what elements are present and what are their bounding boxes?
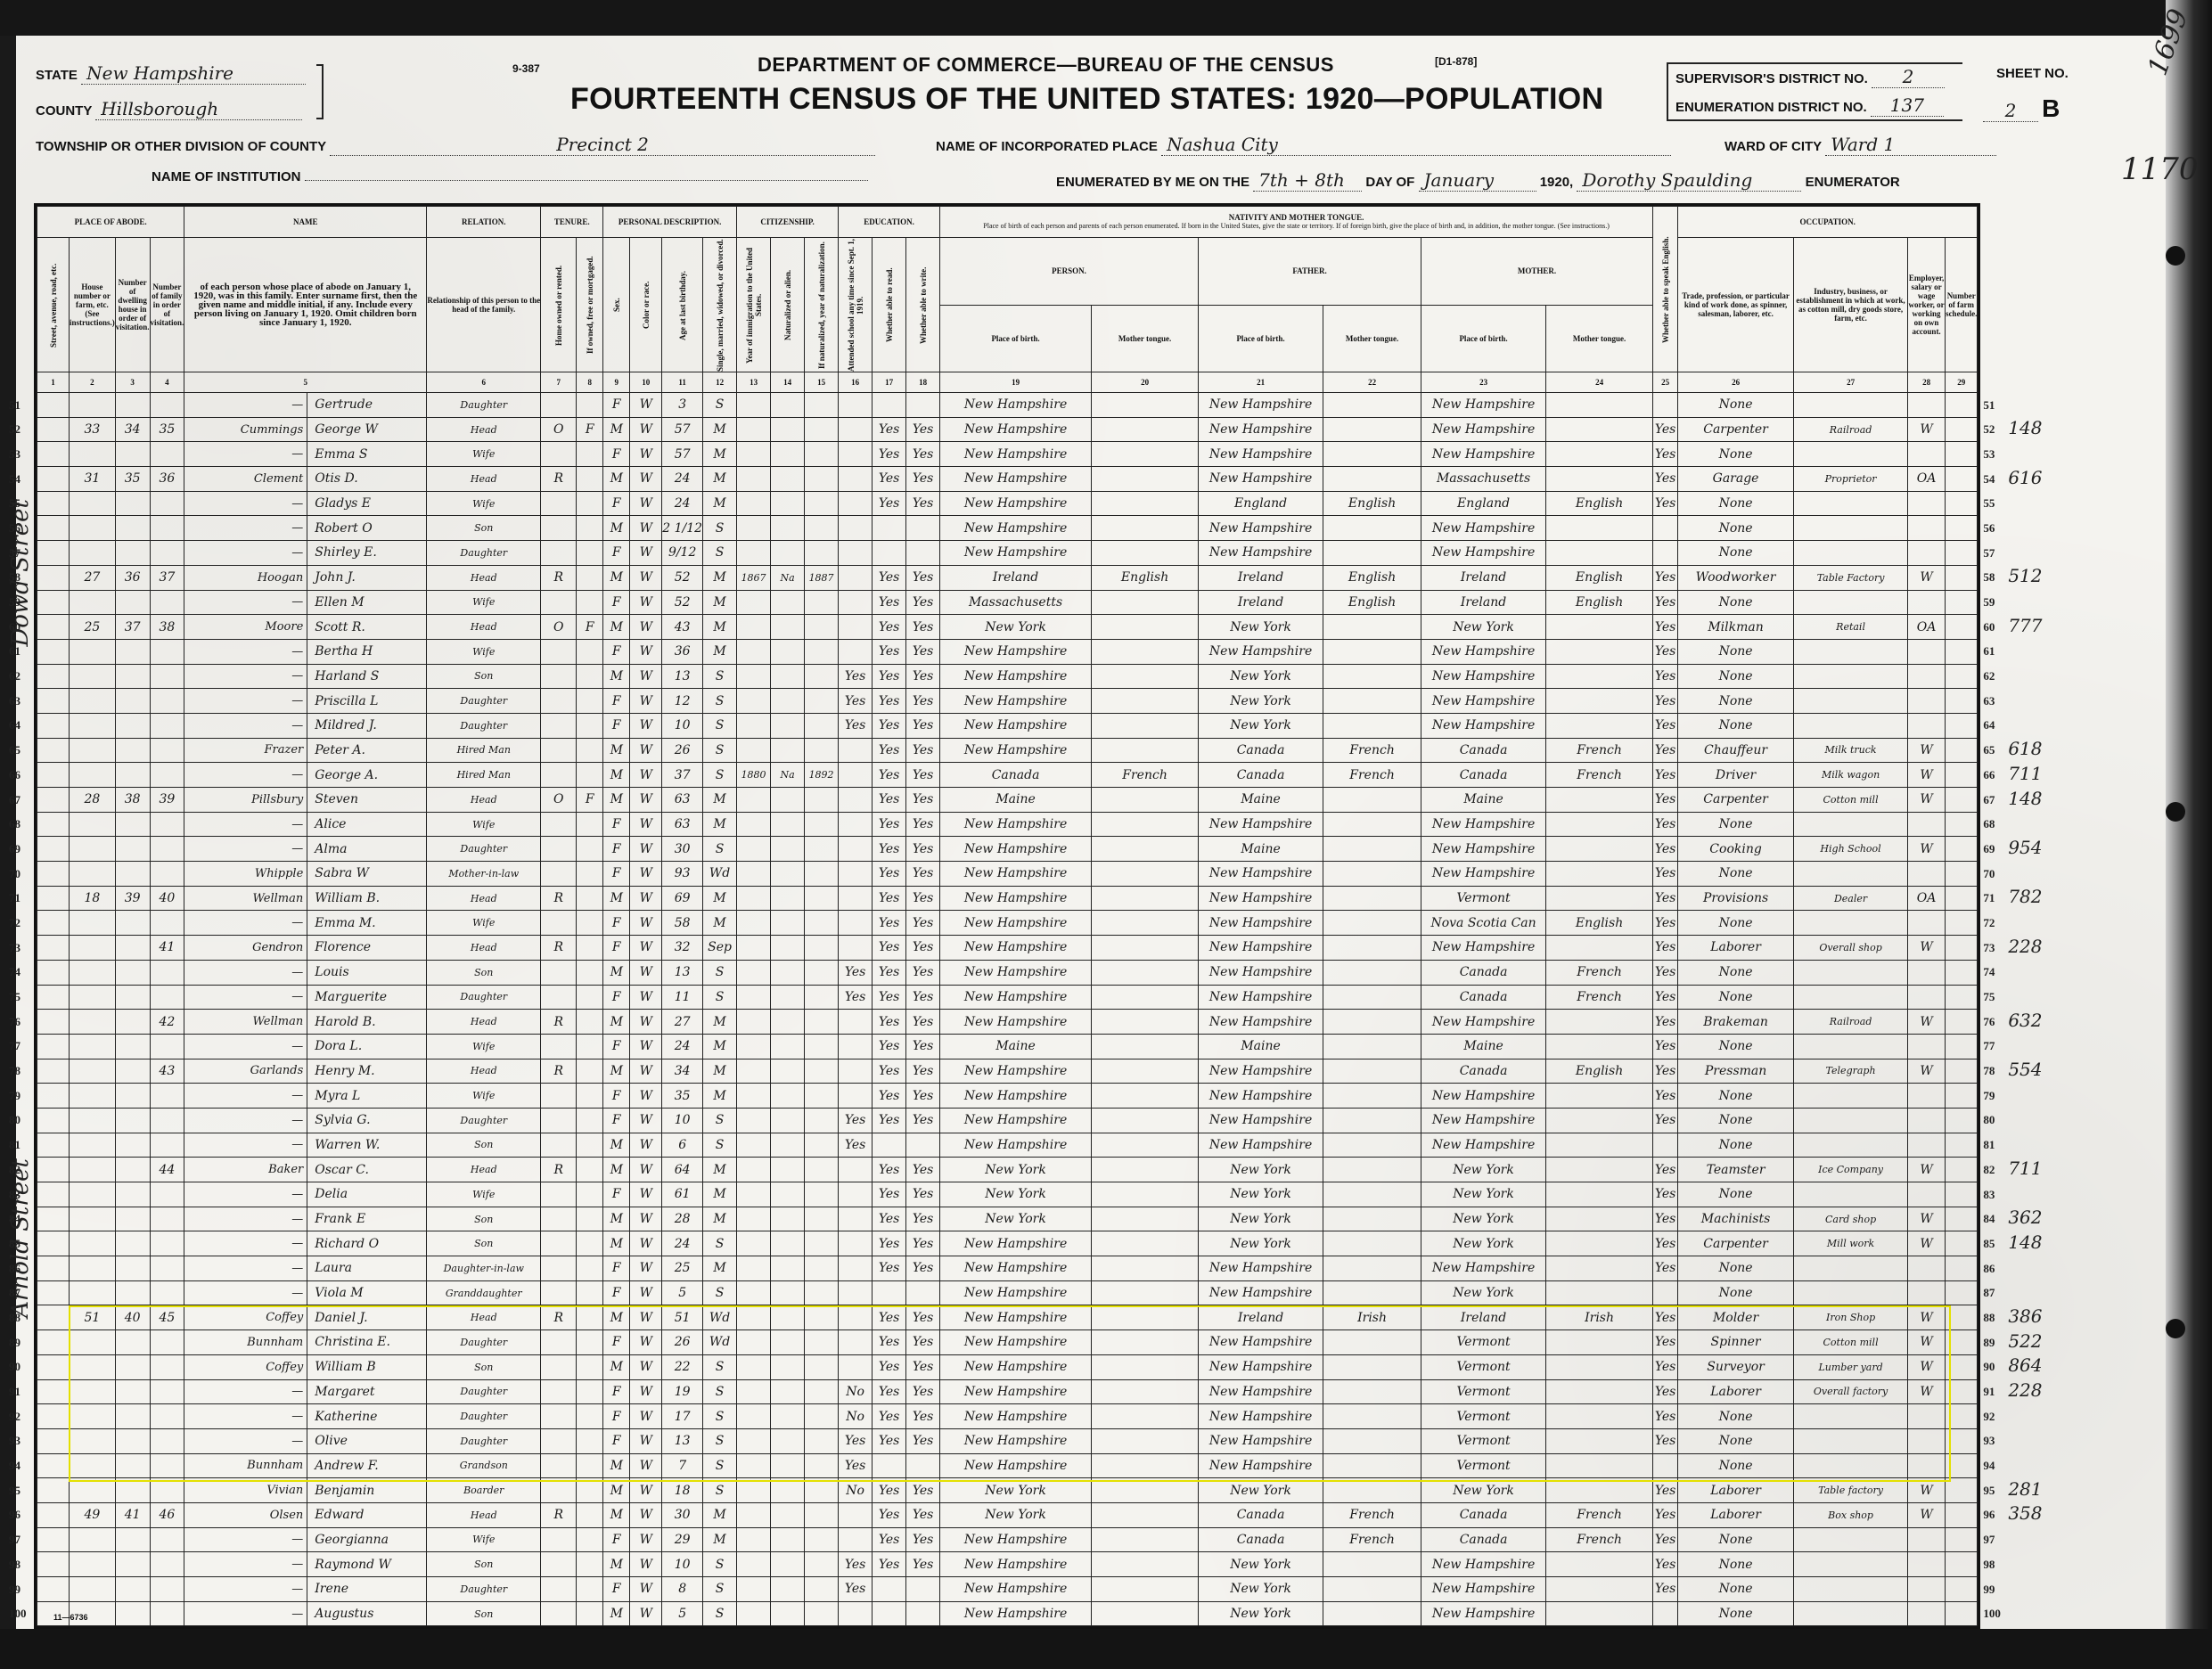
- line-number: 71: [1983, 891, 1995, 905]
- cell-immig: [737, 442, 771, 467]
- cell-marital: M: [703, 812, 737, 837]
- cell-own: R: [541, 1010, 577, 1035]
- cell-surname: —: [184, 1280, 307, 1305]
- cell-immig: [737, 1059, 771, 1084]
- cell-own: [541, 1084, 577, 1109]
- cell-rel: Boarder: [427, 1478, 541, 1503]
- cell-rel: Head: [427, 1059, 541, 1084]
- cell-school: [839, 738, 873, 763]
- cell-marital: S: [703, 1280, 737, 1305]
- cell-given: Dora L.: [307, 1034, 427, 1059]
- cell-tongue: [1092, 590, 1199, 615]
- cell-dwell: [115, 1601, 150, 1626]
- census-row: —Emma SWifeFW57MYesYesNew HampshireNew H…: [37, 442, 1978, 467]
- cell-age: 25: [662, 1256, 703, 1281]
- cell-ftongue: [1323, 1256, 1421, 1281]
- sheet-reference-number: 632: [2008, 1010, 2042, 1031]
- cell-own: [541, 1182, 577, 1207]
- cell-fam: [150, 1527, 184, 1552]
- cell-race: W: [630, 1231, 662, 1256]
- cell-industry: Cotton mill: [1794, 1330, 1908, 1355]
- cell-fpob: New Hampshire: [1199, 960, 1323, 985]
- cell-class: [1908, 1280, 1946, 1305]
- cell-class: [1908, 442, 1946, 467]
- cell-nat: [771, 738, 805, 763]
- line-number: 70: [1983, 867, 1995, 881]
- cell-school: [839, 788, 873, 813]
- cell-age: 17: [662, 1404, 703, 1429]
- cell-trade: None: [1678, 1133, 1794, 1158]
- col-6-header: Relationship of this person to the head …: [427, 238, 541, 372]
- cell-trade: None: [1678, 985, 1794, 1010]
- cell-pob: New Hampshire: [940, 393, 1092, 418]
- cell-tongue: [1092, 1354, 1199, 1379]
- line-number: 79: [1983, 1089, 1995, 1103]
- cell-tongue: [1092, 1256, 1199, 1281]
- cell-natyr: [805, 1182, 839, 1207]
- cell-school: [839, 467, 873, 492]
- cell-mort: [577, 1231, 603, 1256]
- cell-read: [873, 1577, 906, 1602]
- cell-fpob: New Hampshire: [1199, 911, 1323, 936]
- line-number: 75: [1983, 990, 1995, 1004]
- cell-trade: None: [1678, 516, 1794, 541]
- cell-street: [37, 985, 70, 1010]
- cell-fam: [150, 1354, 184, 1379]
- line-number: 100: [1983, 1607, 2001, 1621]
- cell-mtongue: French: [1546, 1527, 1653, 1552]
- cell-nat: [771, 1478, 805, 1503]
- cell-fpob: New Hampshire: [1199, 1330, 1323, 1355]
- census-row: —GertrudeDaughterFW3SNew HampshireNew Ha…: [37, 393, 1978, 418]
- cell-mtongue: [1546, 1577, 1653, 1602]
- cell-pob: New York: [940, 615, 1092, 640]
- cell-sex: M: [603, 960, 630, 985]
- cell-dwell: [115, 738, 150, 763]
- cell-school: [839, 442, 873, 467]
- cell-nat: [771, 541, 805, 566]
- cell-own: R: [541, 1305, 577, 1330]
- cell-race: W: [630, 1280, 662, 1305]
- cell-surname: Gendron: [184, 936, 307, 961]
- cell-sex: F: [603, 491, 630, 516]
- cell-fam: [150, 1034, 184, 1059]
- cell-mpob: Vermont: [1421, 886, 1546, 911]
- cell-mort: [577, 1256, 603, 1281]
- cell-fam: [150, 442, 184, 467]
- cell-marital: M: [703, 911, 737, 936]
- line-number: 96: [9, 1508, 20, 1522]
- cell-tongue: [1092, 1478, 1199, 1503]
- cell-farm: [1946, 1354, 1978, 1379]
- cell-marital: M: [703, 1502, 737, 1527]
- cell-own: [541, 862, 577, 887]
- cell-house: [70, 639, 116, 664]
- cell-dwell: 35: [115, 467, 150, 492]
- cell-fpob: New Hampshire: [1199, 1354, 1323, 1379]
- cell-industry: [1794, 1527, 1908, 1552]
- cell-write: Yes: [906, 812, 940, 837]
- cell-school: [839, 590, 873, 615]
- census-row: 44BakerOscar C.HeadRMW64MYesYesNew YorkN…: [37, 1158, 1978, 1182]
- census-row: —LouisSonMW13SYesYesYesNew HampshireNew …: [37, 960, 1978, 985]
- cell-rel: Head: [427, 417, 541, 442]
- cell-eng: Yes: [1653, 812, 1678, 837]
- cell-sex: M: [603, 516, 630, 541]
- cell-mort: [577, 1577, 603, 1602]
- cell-rel: Daughter: [427, 689, 541, 714]
- cell-mpob: New Hampshire: [1421, 1256, 1546, 1281]
- cell-sex: F: [603, 862, 630, 887]
- cell-sex: M: [603, 1601, 630, 1626]
- cell-farm: [1946, 1010, 1978, 1035]
- cell-sex: F: [603, 689, 630, 714]
- cell-ftongue: [1323, 1280, 1421, 1305]
- cell-write: Yes: [906, 590, 940, 615]
- sheet-reference-number: 228: [2008, 1379, 2042, 1401]
- cell-race: W: [630, 1379, 662, 1404]
- cell-given: Peter A.: [307, 738, 427, 763]
- col-number-6: 6: [427, 372, 541, 393]
- cell-mort: [577, 1552, 603, 1577]
- cell-natyr: [805, 516, 839, 541]
- cell-surname: —: [184, 1231, 307, 1256]
- cell-nat: [771, 393, 805, 418]
- cell-fpob: New Hampshire: [1199, 1280, 1323, 1305]
- cell-surname: —: [184, 1404, 307, 1429]
- cell-mort: [577, 1354, 603, 1379]
- cell-read: Yes: [873, 1256, 906, 1281]
- col-number-29: 29: [1946, 372, 1978, 393]
- cell-farm: [1946, 713, 1978, 738]
- cell-read: Yes: [873, 911, 906, 936]
- cell-mtongue: [1546, 936, 1653, 961]
- col-5-header: of each person whose place of abode on J…: [184, 238, 427, 372]
- cell-marital: S: [703, 1453, 737, 1478]
- cell-eng: Yes: [1653, 1059, 1678, 1084]
- cell-class: W: [1908, 1379, 1946, 1404]
- cell-rel: Wife: [427, 1084, 541, 1109]
- cell-house: 49: [70, 1502, 116, 1527]
- cell-street: [37, 1552, 70, 1577]
- cell-mtongue: [1546, 1478, 1653, 1503]
- cell-sex: F: [603, 1527, 630, 1552]
- cell-trade: None: [1678, 1527, 1794, 1552]
- col-22-header: Mother tongue.: [1323, 305, 1421, 372]
- cell-farm: [1946, 738, 1978, 763]
- cell-natyr: 1892: [805, 763, 839, 788]
- cell-street: [37, 1379, 70, 1404]
- cell-ftongue: Irish: [1323, 1305, 1421, 1330]
- cell-eng: Yes: [1653, 960, 1678, 985]
- cell-nat: Na: [771, 565, 805, 590]
- cell-ftongue: French: [1323, 763, 1421, 788]
- cell-dwell: [115, 713, 150, 738]
- cell-race: W: [630, 467, 662, 492]
- cell-tongue: [1092, 615, 1199, 640]
- cell-street: [37, 1280, 70, 1305]
- cell-farm: [1946, 1280, 1978, 1305]
- cell-mpob: Vermont: [1421, 1404, 1546, 1429]
- cell-class: W: [1908, 1207, 1946, 1231]
- cell-rel: Head: [427, 936, 541, 961]
- cell-school: [839, 1207, 873, 1231]
- cell-school: [839, 763, 873, 788]
- cell-ftongue: [1323, 1354, 1421, 1379]
- punch-hole: [2166, 802, 2185, 822]
- cell-rel: Grandson: [427, 1453, 541, 1478]
- cell-sex: M: [603, 1305, 630, 1330]
- cell-own: [541, 491, 577, 516]
- cell-mpob: Canada: [1421, 1527, 1546, 1552]
- cell-mpob: New Hampshire: [1421, 1084, 1546, 1109]
- cell-rel: Head: [427, 788, 541, 813]
- cell-mort: [577, 1133, 603, 1158]
- cell-immig: [737, 1084, 771, 1109]
- day-of-label: DAY OF: [1365, 175, 1414, 190]
- line-number: 64: [1983, 718, 1995, 732]
- ward-field: WARD OF CITY Ward 1: [1725, 134, 1996, 156]
- cell-class: [1908, 862, 1946, 887]
- cell-farm: [1946, 1158, 1978, 1182]
- cell-rel: Son: [427, 664, 541, 689]
- cell-fpob: Maine: [1199, 837, 1323, 862]
- cell-read: Yes: [873, 1552, 906, 1577]
- cell-read: Yes: [873, 442, 906, 467]
- cell-immig: [737, 1256, 771, 1281]
- cell-school: [839, 1601, 873, 1626]
- col-3-header: Number of dwelling house in order of vis…: [115, 238, 150, 372]
- cell-street: [37, 615, 70, 640]
- cell-farm: [1946, 1133, 1978, 1158]
- cell-eng: Yes: [1653, 590, 1678, 615]
- cell-rel: Head: [427, 615, 541, 640]
- cell-surname: —: [184, 1601, 307, 1626]
- cell-eng: Yes: [1653, 1207, 1678, 1231]
- cell-mort: [577, 1207, 603, 1231]
- cell-race: W: [630, 1601, 662, 1626]
- cell-trade: None: [1678, 541, 1794, 566]
- cell-tongue: [1092, 1010, 1199, 1035]
- cell-mort: [577, 664, 603, 689]
- line-number: 74: [1983, 965, 1995, 979]
- cell-class: [1908, 516, 1946, 541]
- census-row: BunnhamChristina E.DaughterFW26WdYesYesN…: [37, 1330, 1978, 1355]
- cell-sex: M: [603, 664, 630, 689]
- sheet-reference-number: 358: [2008, 1502, 2042, 1524]
- cell-pob: New Hampshire: [940, 639, 1092, 664]
- cell-ftongue: [1323, 1084, 1421, 1109]
- cell-immig: [737, 1182, 771, 1207]
- cell-school: [839, 541, 873, 566]
- col-11-header: Age at last birthday.: [662, 238, 703, 372]
- cell-industry: [1794, 1034, 1908, 1059]
- cell-race: W: [630, 788, 662, 813]
- cell-age: 18: [662, 1478, 703, 1503]
- cell-marital: S: [703, 837, 737, 862]
- col-number-28: 28: [1908, 372, 1946, 393]
- cell-industry: [1794, 393, 1908, 418]
- cell-ftongue: [1323, 516, 1421, 541]
- cell-trade: None: [1678, 1280, 1794, 1305]
- census-row: —Sylvia G.DaughterFW10SYesYesYesNew Hamp…: [37, 1108, 1978, 1133]
- cell-industry: Proprietor: [1794, 467, 1908, 492]
- sheet-reference-number: 711: [2008, 1158, 2042, 1179]
- state-label: STATE: [36, 68, 78, 83]
- cell-write: Yes: [906, 1034, 940, 1059]
- cell-class: W: [1908, 763, 1946, 788]
- cell-surname: —: [184, 1428, 307, 1453]
- enumerated-days: 7th + 8th: [1253, 169, 1362, 192]
- sheet-reference-number: 386: [2008, 1305, 2042, 1327]
- cell-industry: [1794, 911, 1908, 936]
- cell-school: [839, 1158, 873, 1182]
- cell-own: [541, 1108, 577, 1133]
- cell-age: 52: [662, 565, 703, 590]
- cell-marital: S: [703, 960, 737, 985]
- cell-rel: Son: [427, 1552, 541, 1577]
- cell-street: [37, 1182, 70, 1207]
- cell-eng: Yes: [1653, 862, 1678, 887]
- cell-ftongue: [1323, 985, 1421, 1010]
- cell-own: [541, 1601, 577, 1626]
- cell-mort: [577, 516, 603, 541]
- col-number-10: 10: [630, 372, 662, 393]
- cell-house: [70, 1133, 116, 1158]
- cell-read: Yes: [873, 1182, 906, 1207]
- cell-ftongue: [1323, 1231, 1421, 1256]
- cell-write: Yes: [906, 1182, 940, 1207]
- cell-class: [1908, 541, 1946, 566]
- cell-house: [70, 516, 116, 541]
- cell-surname: —: [184, 1577, 307, 1602]
- cell-rel: Head: [427, 886, 541, 911]
- cell-pob: New Hampshire: [940, 1428, 1092, 1453]
- line-number: 89: [1983, 1336, 1995, 1350]
- cell-given: Edward: [307, 1502, 427, 1527]
- cell-farm: [1946, 936, 1978, 961]
- cell-ftongue: [1323, 615, 1421, 640]
- line-number: 68: [9, 817, 20, 831]
- cell-house: [70, 1059, 116, 1084]
- cell-mtongue: French: [1546, 763, 1653, 788]
- cell-mpob: Canada: [1421, 763, 1546, 788]
- col-17-header: Whether able to read.: [873, 238, 906, 372]
- cell-industry: Milk truck: [1794, 738, 1908, 763]
- cell-race: W: [630, 886, 662, 911]
- cell-read: Yes: [873, 1527, 906, 1552]
- cell-industry: [1794, 1404, 1908, 1429]
- cell-pob: New Hampshire: [940, 1256, 1092, 1281]
- cell-street: [37, 886, 70, 911]
- form-code: [D1-878]: [1435, 55, 1477, 68]
- cell-mpob: New Hampshire: [1421, 713, 1546, 738]
- cell-fam: [150, 1379, 184, 1404]
- cell-own: [541, 516, 577, 541]
- cell-own: [541, 713, 577, 738]
- cell-farm: [1946, 491, 1978, 516]
- cell-write: Yes: [906, 1478, 940, 1503]
- cell-immig: [737, 1379, 771, 1404]
- cell-eng: Yes: [1653, 1354, 1678, 1379]
- cell-ftongue: [1323, 1453, 1421, 1478]
- cell-own: [541, 442, 577, 467]
- cell-ftongue: [1323, 1059, 1421, 1084]
- cell-trade: Brakeman: [1678, 1010, 1794, 1035]
- cell-mort: [577, 862, 603, 887]
- cell-school: [839, 1059, 873, 1084]
- cell-age: 43: [662, 615, 703, 640]
- cell-marital: S: [703, 1478, 737, 1503]
- census-row: —Richard OSonMW24SYesYesNew HampshireNew…: [37, 1231, 1978, 1256]
- cell-nat: [771, 590, 805, 615]
- cell-marital: S: [703, 1428, 737, 1453]
- cell-farm: [1946, 1256, 1978, 1281]
- cell-fpob: New Hampshire: [1199, 812, 1323, 837]
- cell-marital: S: [703, 689, 737, 714]
- cell-age: 10: [662, 713, 703, 738]
- cell-mort: [577, 590, 603, 615]
- cell-house: [70, 837, 116, 862]
- col-20-header: Mother tongue.: [1092, 305, 1199, 372]
- cell-dwell: [115, 1207, 150, 1231]
- cell-surname: —: [184, 664, 307, 689]
- cell-tongue: [1092, 1108, 1199, 1133]
- cell-pob: New Hampshire: [940, 936, 1092, 961]
- state-value: New Hampshire: [81, 62, 306, 85]
- cell-dwell: [115, 664, 150, 689]
- cell-street: [37, 541, 70, 566]
- cell-age: 13: [662, 960, 703, 985]
- cell-pob: New Hampshire: [940, 862, 1092, 887]
- group-place-of-abode: PLACE OF ABODE.: [37, 207, 184, 238]
- cell-tongue: [1092, 1305, 1199, 1330]
- cell-house: [70, 491, 116, 516]
- cell-industry: Card shop: [1794, 1207, 1908, 1231]
- cell-farm: [1946, 763, 1978, 788]
- cell-fam: [150, 911, 184, 936]
- census-row: —AliceWifeFW63MYesYesNew HampshireNew Ha…: [37, 812, 1978, 837]
- line-number: 71: [9, 891, 20, 905]
- cell-own: R: [541, 1502, 577, 1527]
- cell-ftongue: [1323, 1601, 1421, 1626]
- cell-school: [839, 862, 873, 887]
- cell-fpob: New Hampshire: [1199, 1256, 1323, 1281]
- cell-ftongue: English: [1323, 565, 1421, 590]
- line-number: 98: [1983, 1558, 1995, 1572]
- cell-age: 61: [662, 1182, 703, 1207]
- cell-mtongue: [1546, 713, 1653, 738]
- cell-immig: [737, 516, 771, 541]
- census-row: —Raymond WSonMW10SYesYesYesNew Hampshire…: [37, 1552, 1978, 1577]
- cell-eng: [1653, 1453, 1678, 1478]
- cell-rel: Daughter: [427, 541, 541, 566]
- cell-write: Yes: [906, 442, 940, 467]
- cell-immig: [737, 417, 771, 442]
- cell-ftongue: [1323, 1034, 1421, 1059]
- sheet-reference-number: 522: [2008, 1330, 2042, 1352]
- cell-fpob: New Hampshire: [1199, 985, 1323, 1010]
- cell-natyr: [805, 1527, 839, 1552]
- cell-pob: New Hampshire: [940, 417, 1092, 442]
- cell-dwell: [115, 1354, 150, 1379]
- cell-given: Raymond W: [307, 1552, 427, 1577]
- cell-ftongue: [1323, 689, 1421, 714]
- cell-mpob: New Hampshire: [1421, 639, 1546, 664]
- cell-tongue: [1092, 467, 1199, 492]
- cell-own: [541, 1280, 577, 1305]
- cell-fam: [150, 689, 184, 714]
